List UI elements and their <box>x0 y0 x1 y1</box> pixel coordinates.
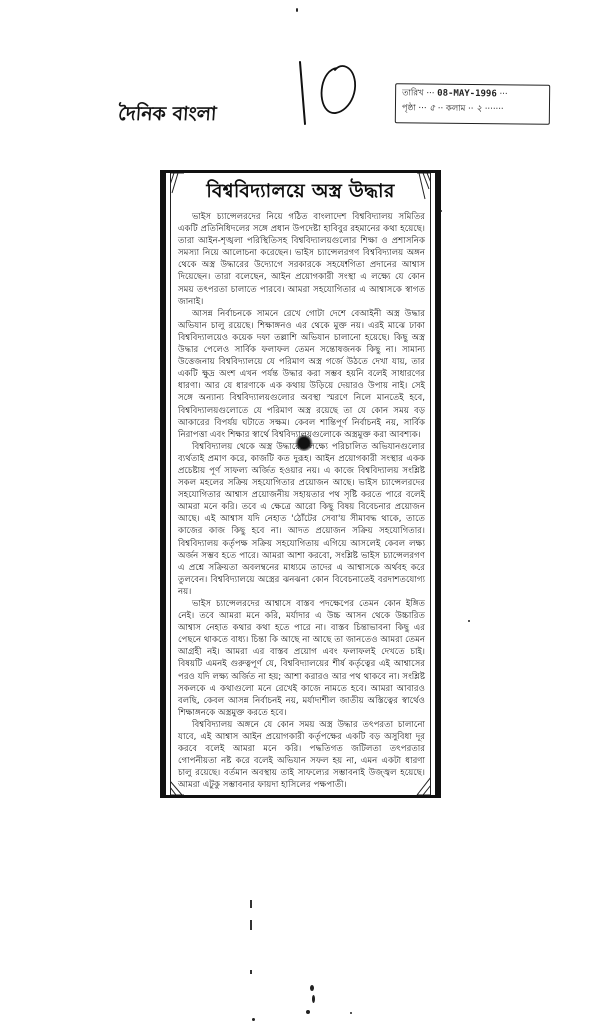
scan-mark <box>250 900 252 908</box>
scan-mark <box>250 970 252 974</box>
newspaper-masthead: দৈনিক বাংলা <box>117 100 218 132</box>
article-paragraph: ভাইস চ্যান্সেলরদের আশ্বাসে বাস্তব পদক্ষে… <box>178 598 425 719</box>
handwritten-number <box>295 58 365 130</box>
scan-speck <box>468 620 470 622</box>
scan-speck <box>345 262 347 264</box>
scan-speck <box>296 8 298 12</box>
handwritten-10-icon <box>295 58 365 130</box>
article-paragraph: বিশ্ববিদ্যালয় অঙ্গনে যে কোন সময় অস্ত্র… <box>178 719 425 792</box>
stamp-page-value: ৫ <box>429 104 435 114</box>
article-paragraph: আসন্ন নির্বাচনকে সামনে রেখে গোটা দেশে বে… <box>178 308 425 441</box>
scan-speck <box>440 210 442 212</box>
stamp-date-value: 08-MAY-1996 <box>437 89 497 100</box>
article-body: ভাইস চ্যান্সেলরদের নিয়ে গঠিত বাংলাদেশ ব… <box>166 211 435 792</box>
article-frame: বিশ্ববিদ্যালয়ে অস্ত্র উদ্ধার ভাইস চ্যান… <box>160 170 441 798</box>
stamp-page-row: পৃষ্ঠা ··· ৫ ·· কলাম ·· ২ ······· <box>402 101 543 117</box>
scan-speck <box>252 1018 255 1021</box>
scan-speck <box>350 1012 352 1014</box>
article-paragraph: বিশ্ববিদ্যালয় থেকে অস্ত্র উদ্ধারের লক্ষ… <box>178 441 425 598</box>
article-headline: বিশ্ববিদ্যালয়ে অস্ত্র উদ্ধার <box>166 177 435 209</box>
ink-blot <box>295 435 313 451</box>
article-paragraph: ভাইস চ্যান্সেলরদের নিয়ে গঠিত বাংলাদেশ ব… <box>178 211 425 308</box>
stamp-column-label: কলাম <box>446 104 466 114</box>
stamp-column-value: ২ <box>476 104 482 114</box>
stamp-page-label: পৃষ্ঠা <box>402 103 416 113</box>
scan-mark <box>250 920 252 930</box>
scan-speck <box>306 1010 310 1014</box>
stamp-date-row: তারিখ ··· 08-MAY-1996 ··· <box>402 86 543 102</box>
stamp-date-label: তারিখ <box>402 88 424 98</box>
scan-speck <box>312 995 315 1003</box>
date-stamp: তারিখ ··· 08-MAY-1996 ··· পৃষ্ঠা ··· ৫ ·… <box>395 83 550 125</box>
scan-speck <box>310 985 314 991</box>
